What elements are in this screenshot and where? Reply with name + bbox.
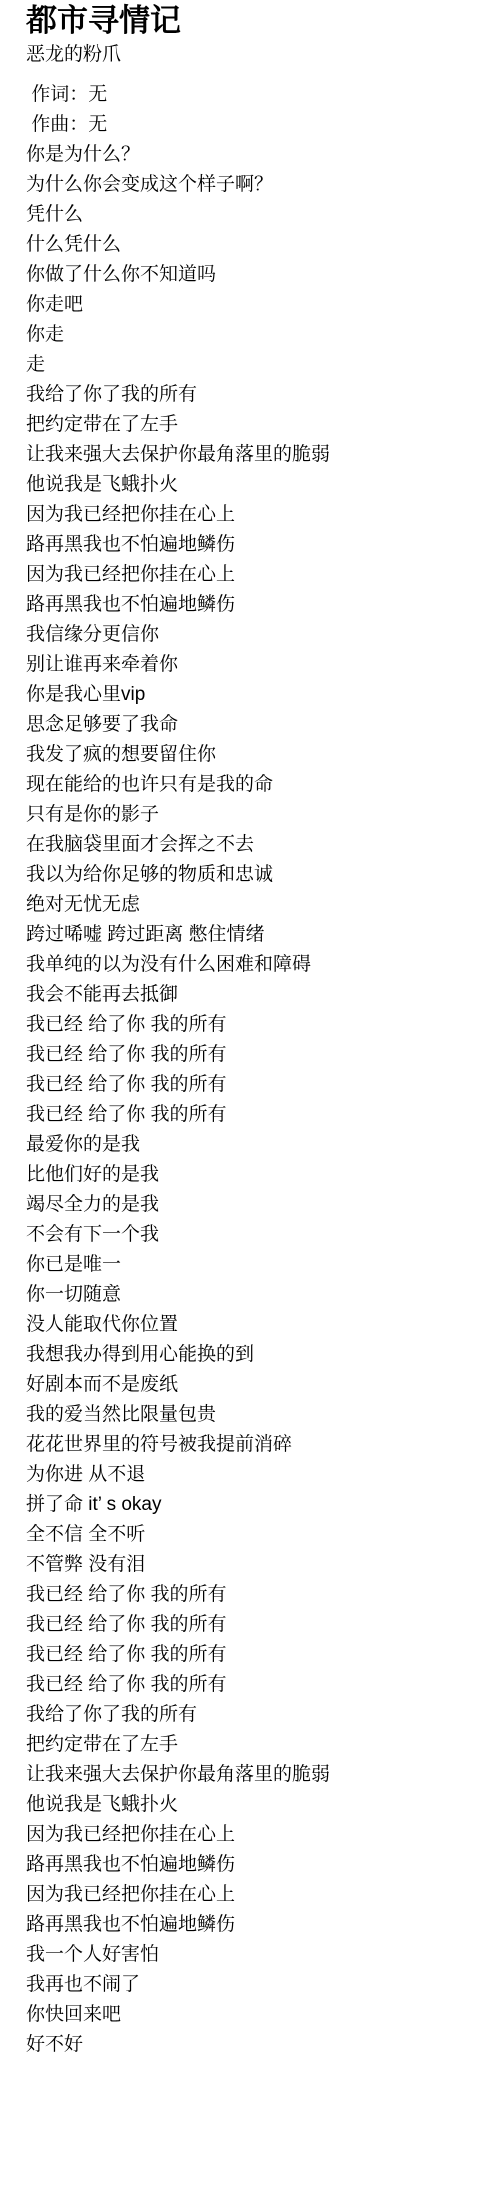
lyric-line: 拼了命 it’ s okay	[26, 1490, 490, 1520]
lyric-line: 你一切随意	[26, 1280, 490, 1310]
lyric-line: 我想我办得到用心能换的到	[26, 1340, 490, 1370]
lyric-line: 竭尽全力的是我	[26, 1190, 490, 1220]
lyric-line: 花花世界里的符号被我提前消碎	[26, 1430, 490, 1460]
artist-name: 恶龙的粉爪	[26, 40, 490, 70]
lyric-line: 你快回来吧	[26, 2000, 490, 2030]
credit-line: 作曲：无	[26, 110, 490, 140]
lyric-line: 凭什么	[26, 200, 490, 230]
lyric-line: 把约定带在了左手	[26, 410, 490, 440]
lyric-line: 路再黑我也不怕遍地鳞伤	[26, 1850, 490, 1880]
lyric-line: 我已经 给了你 我的所有	[26, 1100, 490, 1130]
lyric-line: 别让谁再来牵着你	[26, 650, 490, 680]
lyric-line: 最爱你的是我	[26, 1130, 490, 1160]
lyrics: 你是为什么？为什么你会变成这个样子啊？凭什么什么凭什么你做了什么你不知道吗你走吧…	[26, 140, 490, 2060]
lyric-line: 思念足够要了我命	[26, 710, 490, 740]
lyric-line: 比他们好的是我	[26, 1160, 490, 1190]
lyric-line: 好剧本而不是废纸	[26, 1370, 490, 1400]
lyric-line: 你走	[26, 320, 490, 350]
lyric-line: 在我脑袋里面才会挥之不去	[26, 830, 490, 860]
lyric-line: 我一个人好害怕	[26, 1940, 490, 1970]
lyric-line: 路再黑我也不怕遍地鳞伤	[26, 1910, 490, 1940]
lyric-line: 你是我心里vip	[26, 680, 490, 710]
lyric-line: 我再也不闹了	[26, 1970, 490, 2000]
lyric-line: 我给了你了我的所有	[26, 380, 490, 410]
lyric-line: 我给了你了我的所有	[26, 1700, 490, 1730]
lyric-line: 我已经 给了你 我的所有	[26, 1040, 490, 1070]
lyric-line: 我单纯的以为没有什么困难和障碍	[26, 950, 490, 980]
lyric-line: 好不好	[26, 2030, 490, 2060]
lyric-line: 我已经 给了你 我的所有	[26, 1580, 490, 1610]
lyric-line: 为什么你会变成这个样子啊？	[26, 170, 490, 200]
lyric-line: 我已经 给了你 我的所有	[26, 1640, 490, 1670]
lyric-line: 我发了疯的想要留住你	[26, 740, 490, 770]
lyric-line: 让我来强大去保护你最角落里的脆弱	[26, 440, 490, 470]
lyrics-page: 都市寻情记 恶龙的粉爪 作词：无 作曲：无 你是为什么？为什么你会变成这个样子啊…	[0, 0, 500, 2060]
lyric-line: 只有是你的影子	[26, 800, 490, 830]
lyric-line: 全不信 全不听	[26, 1520, 490, 1550]
lyric-line: 路再黑我也不怕遍地鳞伤	[26, 530, 490, 560]
lyric-line: 什么凭什么	[26, 230, 490, 260]
lyric-line: 不管弊 没有泪	[26, 1550, 490, 1580]
lyric-line: 你走吧	[26, 290, 490, 320]
credits: 作词：无 作曲：无	[26, 80, 490, 140]
lyric-line: 现在能给的也许只有是我的命	[26, 770, 490, 800]
lyric-line: 你做了什么你不知道吗	[26, 260, 490, 290]
lyric-line: 没人能取代你位置	[26, 1310, 490, 1340]
lyric-line: 因为我已经把你挂在心上	[26, 1820, 490, 1850]
lyric-line: 绝对无忧无虑	[26, 890, 490, 920]
lyric-line: 他说我是飞蛾扑火	[26, 470, 490, 500]
lyric-line: 我以为给你足够的物质和忠诚	[26, 860, 490, 890]
lyric-line: 他说我是飞蛾扑火	[26, 1790, 490, 1820]
credit-line: 作词：无	[26, 80, 490, 110]
lyric-line: 我已经 给了你 我的所有	[26, 1610, 490, 1640]
lyric-line: 不会有下一个我	[26, 1220, 490, 1250]
lyric-line: 因为我已经把你挂在心上	[26, 560, 490, 590]
lyric-line: 我的爱当然比限量包贵	[26, 1400, 490, 1430]
lyric-line: 我信缘分更信你	[26, 620, 490, 650]
lyric-line: 我已经 给了你 我的所有	[26, 1070, 490, 1100]
lyric-line: 跨过唏嘘 跨过距离 憋住情绪	[26, 920, 490, 950]
lyric-line: 我已经 给了你 我的所有	[26, 1010, 490, 1040]
lyric-line: 因为我已经把你挂在心上	[26, 1880, 490, 1910]
lyric-line: 我已经 给了你 我的所有	[26, 1670, 490, 1700]
lyric-line: 把约定带在了左手	[26, 1730, 490, 1760]
lyric-line: 让我来强大去保护你最角落里的脆弱	[26, 1760, 490, 1790]
lyric-line: 为你进 从不退	[26, 1460, 490, 1490]
page-title: 都市寻情记	[26, 2, 490, 40]
lyric-line: 你已是唯一	[26, 1250, 490, 1280]
lyric-line: 你是为什么？	[26, 140, 490, 170]
lyric-line: 因为我已经把你挂在心上	[26, 500, 490, 530]
lyric-line: 我会不能再去抵御	[26, 980, 490, 1010]
lyric-line: 路再黑我也不怕遍地鳞伤	[26, 590, 490, 620]
lyric-line: 走	[26, 350, 490, 380]
